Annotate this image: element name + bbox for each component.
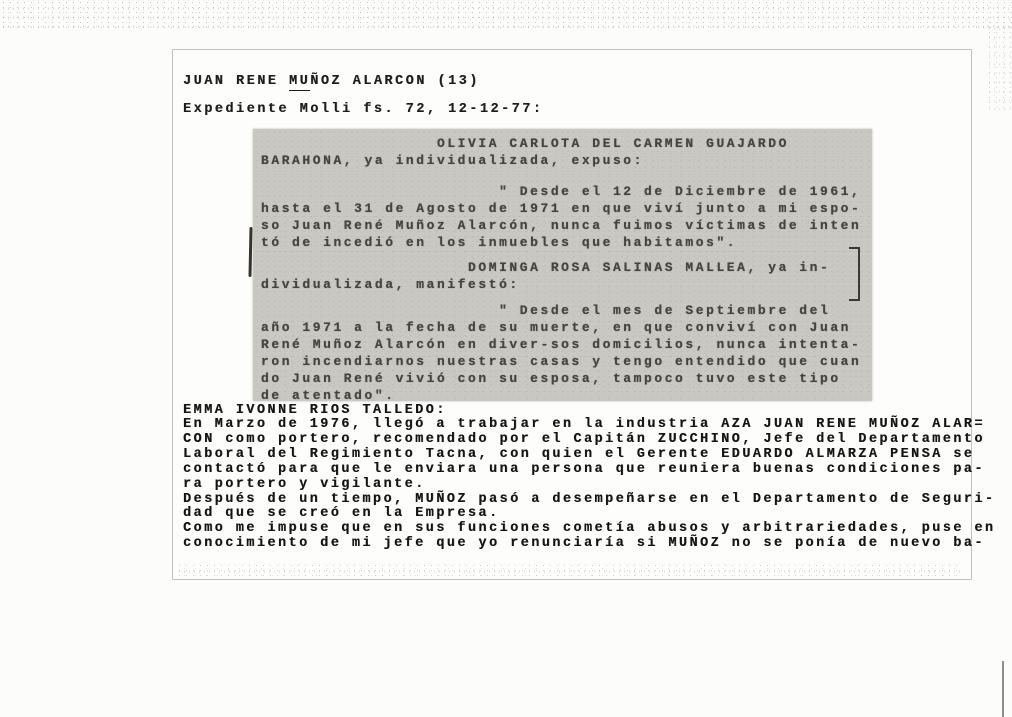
excerpt-paragraph-olivia: OLIVIA CARLOTA DEL CARMEN GUAJARDO BARAH… xyxy=(261,135,864,169)
scan-noise-top-right xyxy=(986,20,1012,110)
title-suffix: ÑOZ ALARCON (13) xyxy=(310,74,480,89)
document-subtitle: Expediente Molli fs. 72, 12-12-77: xyxy=(183,102,543,117)
scan-artifact-line xyxy=(1002,661,1004,717)
title-underlined-part: MU xyxy=(289,74,310,91)
title-prefix: JUAN RENE xyxy=(183,74,289,89)
scan-noise-card-bottom xyxy=(176,563,962,579)
pen-mark-right-bracket xyxy=(849,247,860,301)
excerpt-paragraph-dominga-testimony: " Desde el mes de Septiembre del año 197… xyxy=(261,302,864,404)
excerpt-paragraph-dominga: DOMINGA ROSA SALINAS MALLEA, ya in- divi… xyxy=(261,259,864,293)
photocopied-excerpt: OLIVIA CARLOTA DEL CARMEN GUAJARDO BARAH… xyxy=(253,129,872,401)
scan-noise-top xyxy=(0,0,1012,32)
document-title: JUAN RENE MUÑOZ ALARCON (13) xyxy=(183,74,480,89)
statement-text: En Marzo de 1976, llegó a trabajar en la… xyxy=(183,418,995,552)
excerpt-paragraph-olivia-testimony: " Desde el 12 de Diciembre de 1961, hast… xyxy=(261,183,864,251)
scanned-document-page: { "document": { "title_prefix": "JUAN RE… xyxy=(0,0,1012,717)
